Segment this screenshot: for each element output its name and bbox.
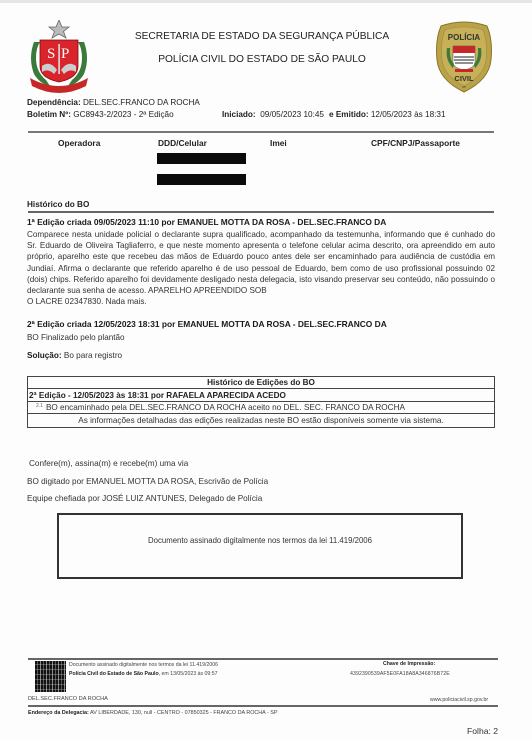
svg-text:SP: SP: [462, 85, 466, 89]
edition-1-body-last: O LACRE 02347830. Nada mais.: [27, 296, 495, 307]
footer-doc-signed: Documento assinado digitalmente nos term…: [69, 662, 218, 668]
edition-1-title: 1ª Edição criada 09/05/2023 11:10 por EM…: [27, 217, 386, 227]
historico-title: Histórico do BO: [27, 200, 89, 209]
col-header-operadora: Operadora: [58, 138, 100, 148]
emitido-value: 12/05/2023 às 18:31: [371, 110, 446, 119]
iniciado-label: Iniciado:: [222, 110, 256, 119]
meta-boletim: Boletim Nº: GC8943-2/2023 - 2ª Edição: [27, 110, 174, 119]
edit-history-item: 2.1BO encaminhado pela DEL.SEC.FRANCO DA…: [28, 401, 495, 413]
qr-code-icon: [35, 661, 66, 692]
redacted-phone-2: [157, 174, 246, 185]
emitido-label: e Emitido:: [329, 110, 369, 119]
document-page: S P POLÍCIA CIVIL SP SECRETARIA DE ESTAD…: [0, 0, 532, 739]
solucao: Solução: Bo para registro: [27, 351, 122, 360]
edit-history-note: As informações detalhadas das edições re…: [28, 414, 495, 428]
col-header-ddd-celular: DDD/Celular: [158, 138, 207, 148]
website-link[interactable]: www.policiacivil.sp.gov.br: [430, 697, 488, 703]
edition-1-body: Comparece nesta unidade policial o decla…: [27, 230, 495, 295]
edition-1-text: Comparece nesta unidade policial o decla…: [27, 229, 495, 307]
col-header-cpf: CPF/CNPJ/Passaporte: [371, 138, 460, 148]
footer-divider: [28, 705, 498, 707]
iniciado-value: 09/05/2023 10:45: [260, 110, 324, 119]
solucao-label: Solução:: [27, 351, 62, 360]
confere-text: Confere(m), assina(m) e recebe(m) uma vi…: [29, 459, 188, 468]
solucao-value: Bo para registro: [64, 351, 122, 360]
page-number: Folha: 2: [467, 726, 498, 736]
edit-history-header: Histórico de Edições do BO: [28, 377, 495, 389]
meta-emitido: e Emitido: 12/05/2023 às 18:31: [329, 110, 446, 119]
divider: [28, 211, 494, 213]
chave-label: Chave de Impressão:: [383, 661, 435, 667]
svg-text:CIVIL: CIVIL: [454, 74, 474, 83]
edition-2-text: BO Finalizado pelo plantão: [27, 332, 495, 343]
equipe-chefiada: Equipe chefiada por JOSÉ LUIZ ANTUNES, D…: [27, 494, 262, 503]
endereco-label: Endereço da Delegacia:: [28, 710, 89, 716]
footer-divider: [28, 658, 498, 660]
item-number: 2.1: [36, 403, 43, 409]
footer-pc-date: , em 13/05/2023 às 09:57: [159, 671, 218, 677]
boletim-label: Boletim Nº:: [27, 110, 71, 119]
chave-value: 4392390539AF5E0FA18A8A346876B72E: [350, 671, 450, 677]
footer-endereco: Endereço da Delegacia: AV LIBERDADE, 130…: [28, 710, 277, 716]
divider: [28, 131, 494, 133]
endereco-value: AV LIBERDADE, 130, null - CENTRO - 07850…: [90, 710, 277, 716]
dependencia-value: DEL.SEC.FRANCO DA ROCHA: [83, 98, 200, 107]
meta-iniciado: Iniciado: 09/05/2023 10:45: [222, 110, 324, 119]
header-secretaria: SECRETARIA DE ESTADO DA SEGURANÇA PÚBLIC…: [0, 31, 528, 42]
edit-history-table: Histórico de Edições do BO 2ª Edição - 1…: [27, 376, 495, 428]
meta-dependencia: Dependência: DEL.SEC.FRANCO DA ROCHA: [27, 98, 200, 107]
item-text: BO encaminhado pela DEL.SEC.FRANCO DA RO…: [46, 403, 405, 412]
footer-pc-signed: Polícia Civil do Estado de São Paulo, em…: [69, 671, 218, 677]
footer-pc-name: Polícia Civil do Estado de São Paulo: [69, 671, 159, 677]
footer-delegacia: DEL.SEC.FRANCO DA ROCHA: [28, 696, 108, 702]
signature-box-text: Documento assinado digitalmente nos term…: [59, 536, 461, 545]
col-header-imei: Imei: [270, 138, 287, 148]
header-policia-civil: POLÍCIA CIVIL DO ESTADO DE SÃO PAULO: [0, 54, 528, 65]
boletim-value: GC8943-2/2023 - 2ª Edição: [73, 110, 173, 119]
edit-history-edition: 2ª Edição - 12/05/2023 às 18:31 por RAFA…: [28, 389, 495, 401]
redacted-phone-1: [157, 153, 246, 164]
edition-2-title: 2ª Edição criada 12/05/2023 18:31 por EM…: [27, 319, 387, 329]
dependencia-label: Dependência:: [27, 98, 81, 107]
digital-signature-box: Documento assinado digitalmente nos term…: [57, 513, 463, 579]
digitado-por: BO digitado por EMANUEL MOTTA DA ROSA, E…: [27, 477, 268, 486]
